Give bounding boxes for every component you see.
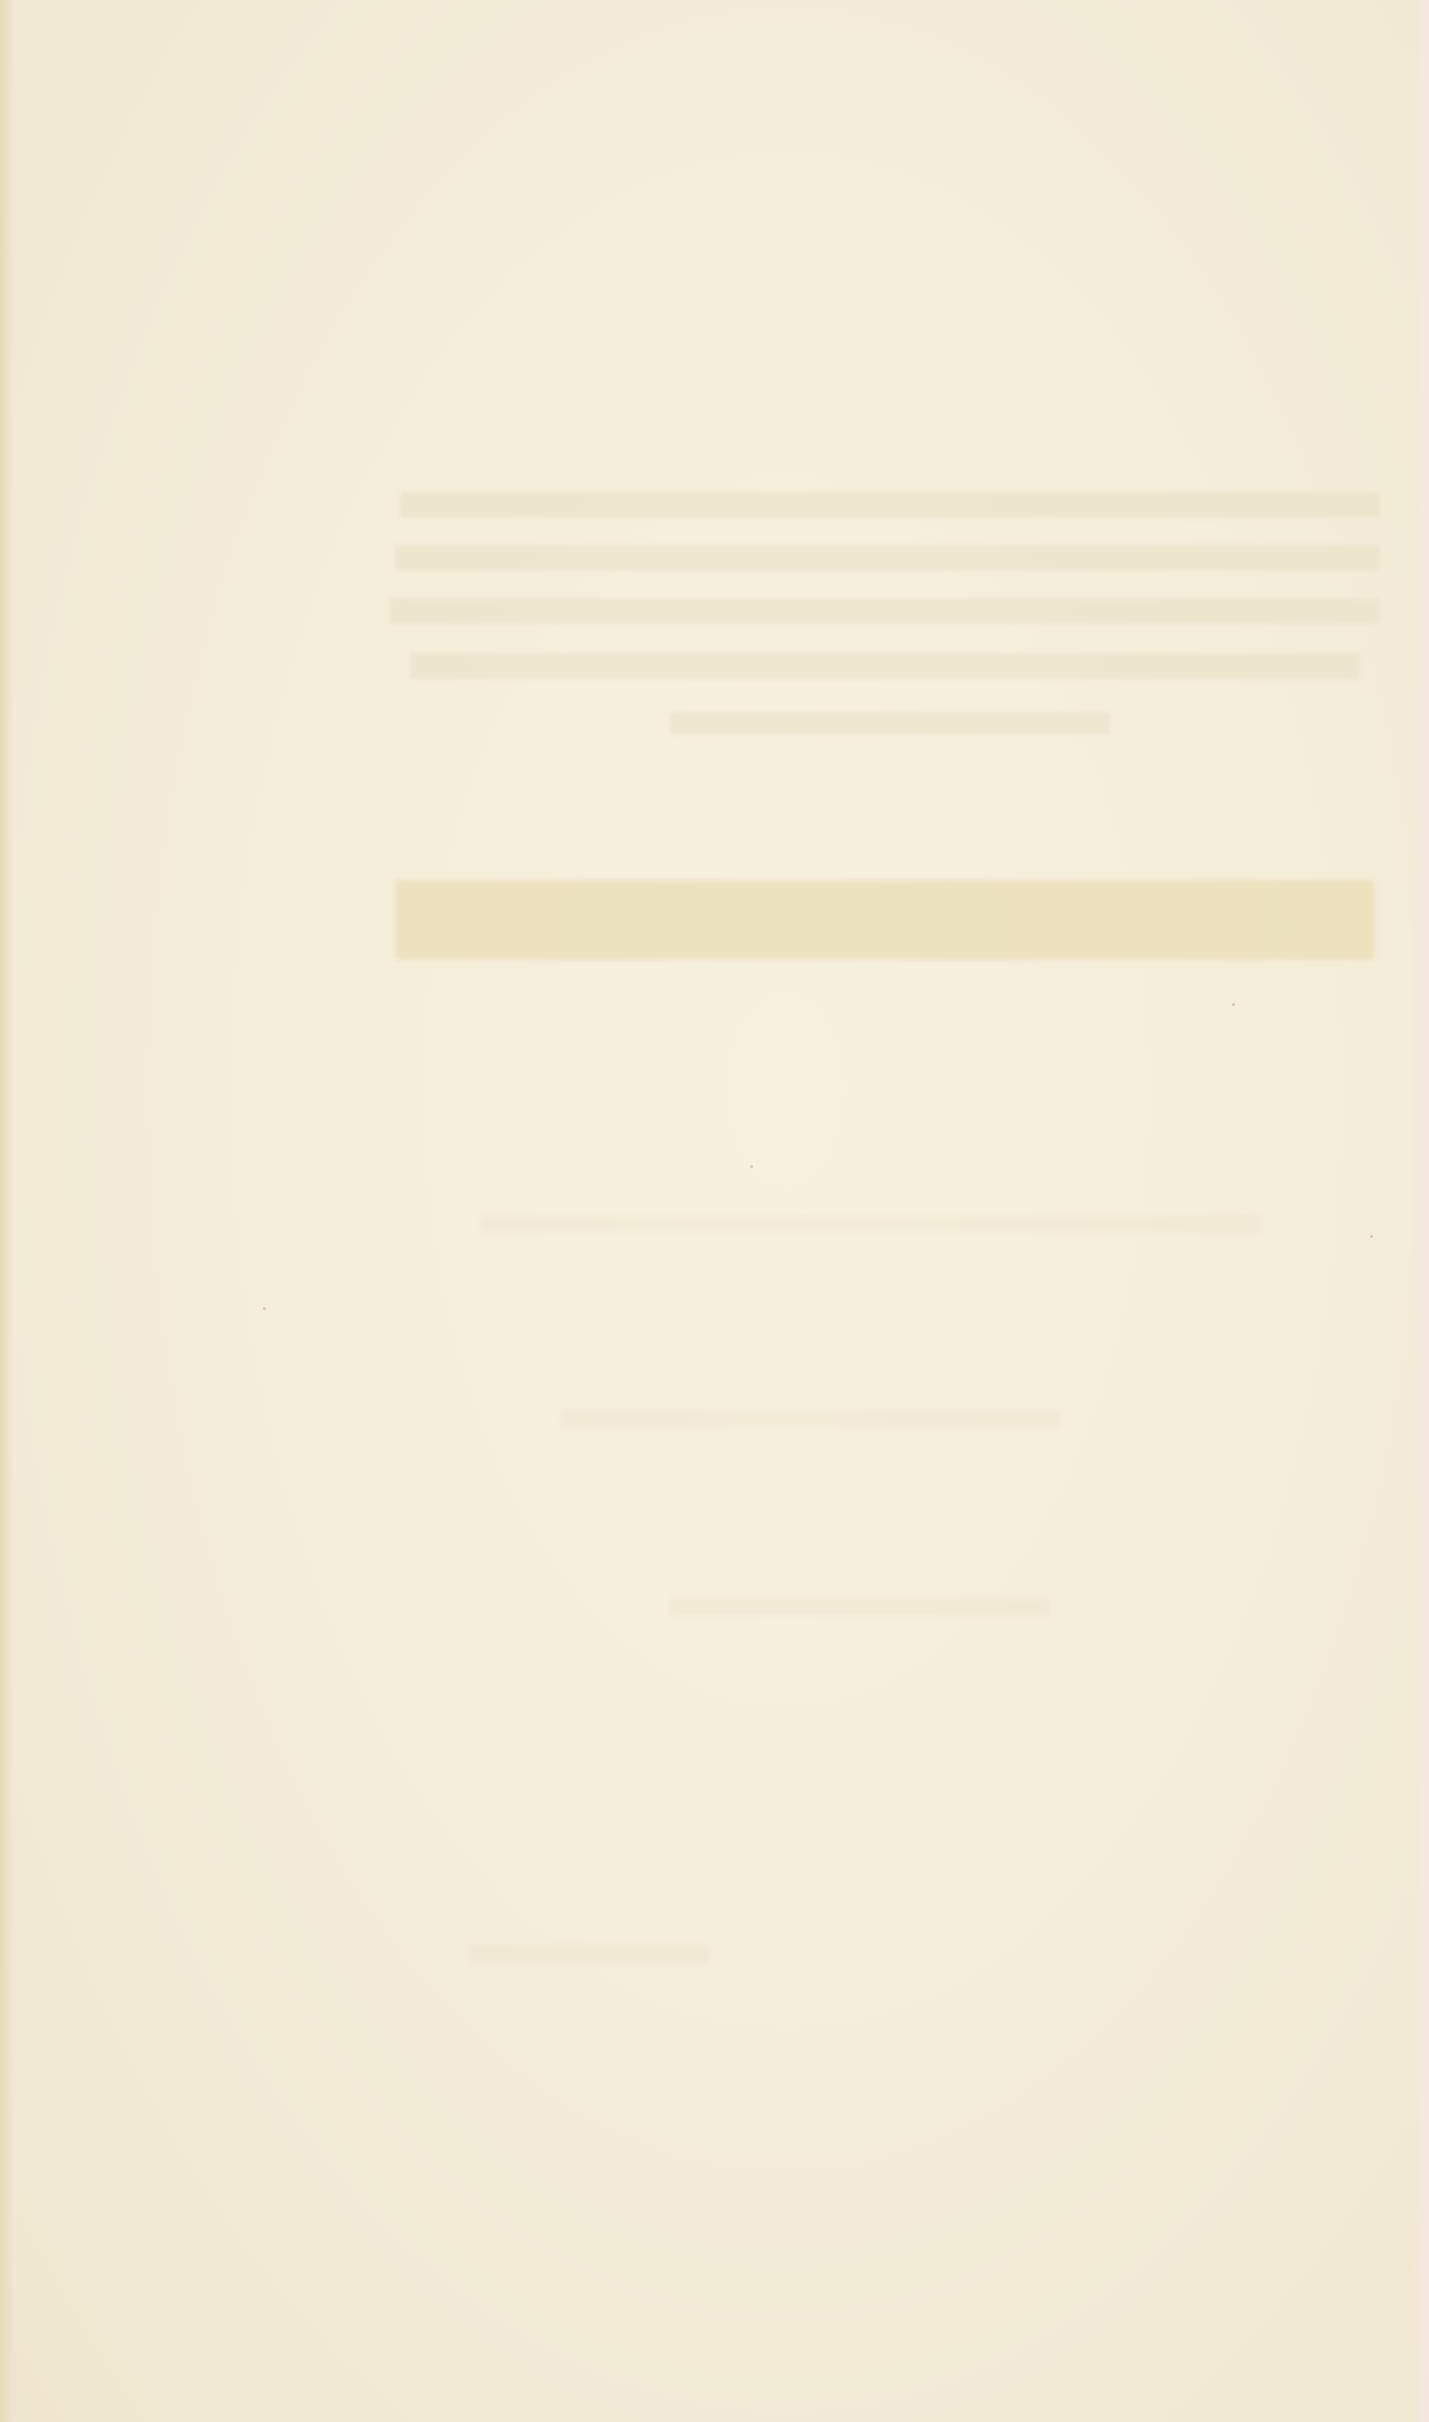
show-through-line <box>480 1215 1260 1233</box>
show-through-line <box>560 1410 1060 1428</box>
show-through-line <box>395 545 1380 571</box>
show-through-line <box>470 1945 710 1963</box>
paper-speck <box>263 1307 266 1310</box>
show-through-line <box>400 492 1380 518</box>
show-through-line <box>670 1598 1050 1616</box>
show-through-line <box>670 712 1110 734</box>
show-through-line <box>410 653 1360 679</box>
show-through-title <box>395 880 1375 960</box>
page-gutter-shadow <box>0 0 14 2422</box>
book-page <box>0 0 1429 2422</box>
paper-speck <box>1232 1003 1235 1006</box>
show-through-line <box>390 598 1380 624</box>
page-edge <box>1411 0 1429 2422</box>
paper-speck <box>1370 1235 1373 1238</box>
paper-speck <box>750 1165 753 1168</box>
